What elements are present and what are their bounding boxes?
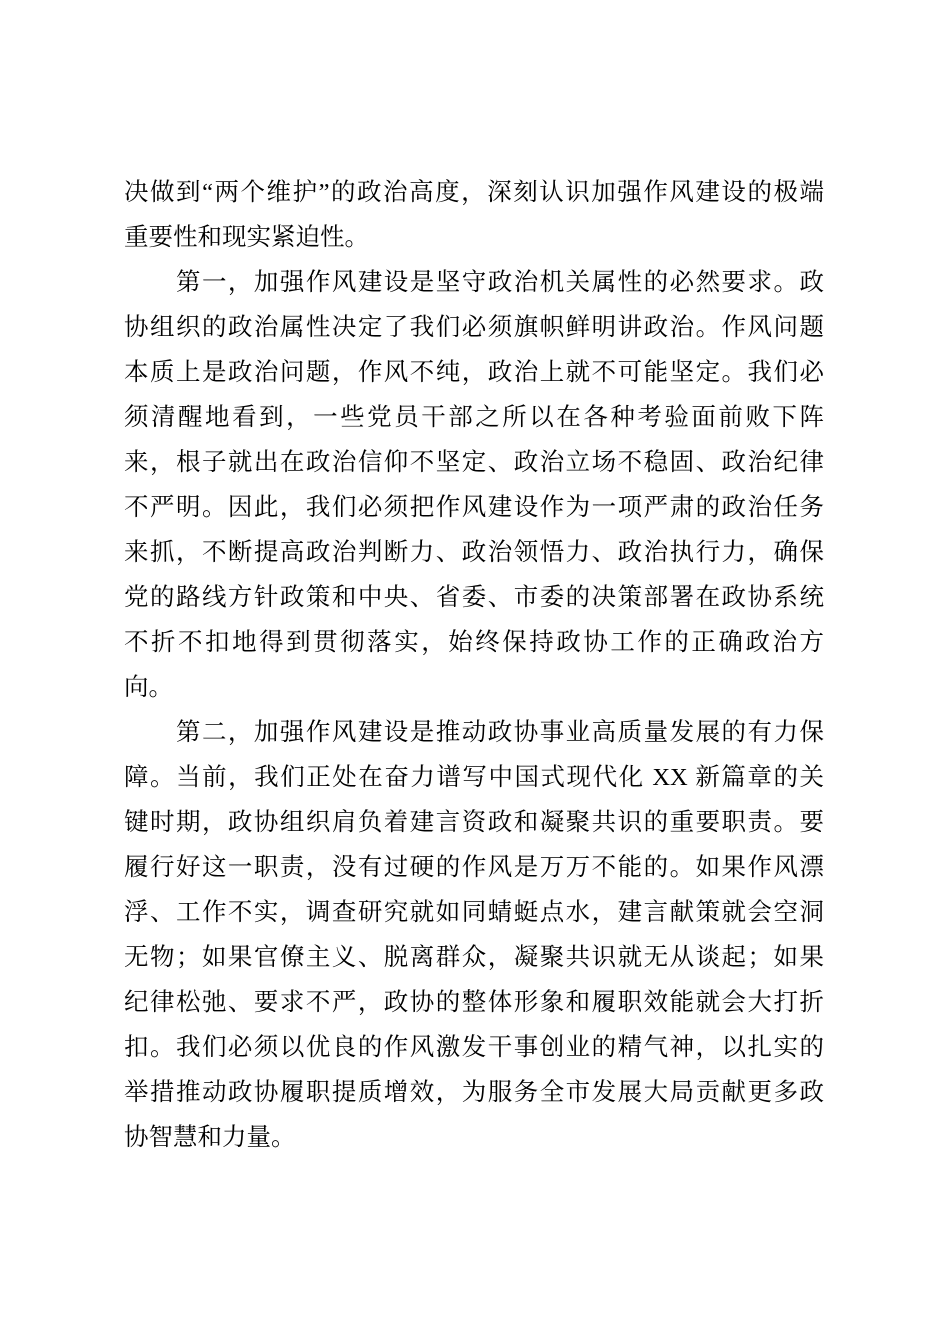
text-line: 不严明。因此，我们必须把作风建设作为一项严肃的政治任务 (124, 485, 824, 530)
paragraph: 第一，加强作风建设是坚守政治机关属性的必然要求。政协组织的政治属性决定了我们必须… (124, 260, 824, 710)
text-line: 来，根子就出在政治信仰不坚定、政治立场不稳固、政治纪律 (124, 440, 824, 485)
text-line: 扣。我们必须以优良的作风激发干事创业的精气神，以扎实的 (124, 1025, 824, 1070)
text-line: 浮、工作不实，调查研究就如同蜻蜓点水，建言献策就会空洞 (124, 890, 824, 935)
text-line: 党的路线方针政策和中央、省委、市委的决策部署在政协系统 (124, 575, 824, 620)
text-line: 障。当前，我们正处在奋力谱写中国式现代化 XX 新篇章的关 (124, 755, 824, 800)
text-line: 向。 (124, 665, 824, 710)
text-line: 履行好这一职责，没有过硬的作风是万万不能的。如果作风漂 (124, 845, 824, 890)
text-line: 第二，加强作风建设是推动政协事业高质量发展的有力保 (124, 710, 824, 755)
text-line: 来抓，不断提高政治判断力、政治领悟力、政治执行力，确保 (124, 530, 824, 575)
document-body: 决做到“两个维护”的政治高度，深刻认识加强作风建设的极端重要性和现实紧迫性。 第… (124, 170, 824, 1160)
text-line: 举措推动政协履职提质增效，为服务全市发展大局贡献更多政 (124, 1070, 824, 1115)
text-line: 不折不扣地得到贯彻落实，始终保持政协工作的正确政治方 (124, 620, 824, 665)
document-page: 决做到“两个维护”的政治高度，深刻认识加强作风建设的极端重要性和现实紧迫性。 第… (0, 0, 950, 1344)
text-line: 第一，加强作风建设是坚守政治机关属性的必然要求。政 (124, 260, 824, 305)
text-line: 无物；如果官僚主义、脱离群众，凝聚共识就无从谈起；如果 (124, 935, 824, 980)
text-line: 键时期，政协组织肩负着建言资政和凝聚共识的重要职责。要 (124, 800, 824, 845)
paragraph: 决做到“两个维护”的政治高度，深刻认识加强作风建设的极端重要性和现实紧迫性。 (124, 170, 824, 260)
text-line: 重要性和现实紧迫性。 (124, 215, 824, 260)
text-line: 须清醒地看到，一些党员干部之所以在各种考验面前败下阵 (124, 395, 824, 440)
text-line: 协组织的政治属性决定了我们必须旗帜鲜明讲政治。作风问题 (124, 305, 824, 350)
paragraph: 第二，加强作风建设是推动政协事业高质量发展的有力保障。当前，我们正处在奋力谱写中… (124, 710, 824, 1160)
text-line: 协智慧和力量。 (124, 1115, 824, 1160)
text-line: 决做到“两个维护”的政治高度，深刻认识加强作风建设的极端 (124, 170, 824, 215)
text-line: 本质上是政治问题，作风不纯，政治上就不可能坚定。我们必 (124, 350, 824, 395)
text-line: 纪律松弛、要求不严，政协的整体形象和履职效能就会大打折 (124, 980, 824, 1025)
